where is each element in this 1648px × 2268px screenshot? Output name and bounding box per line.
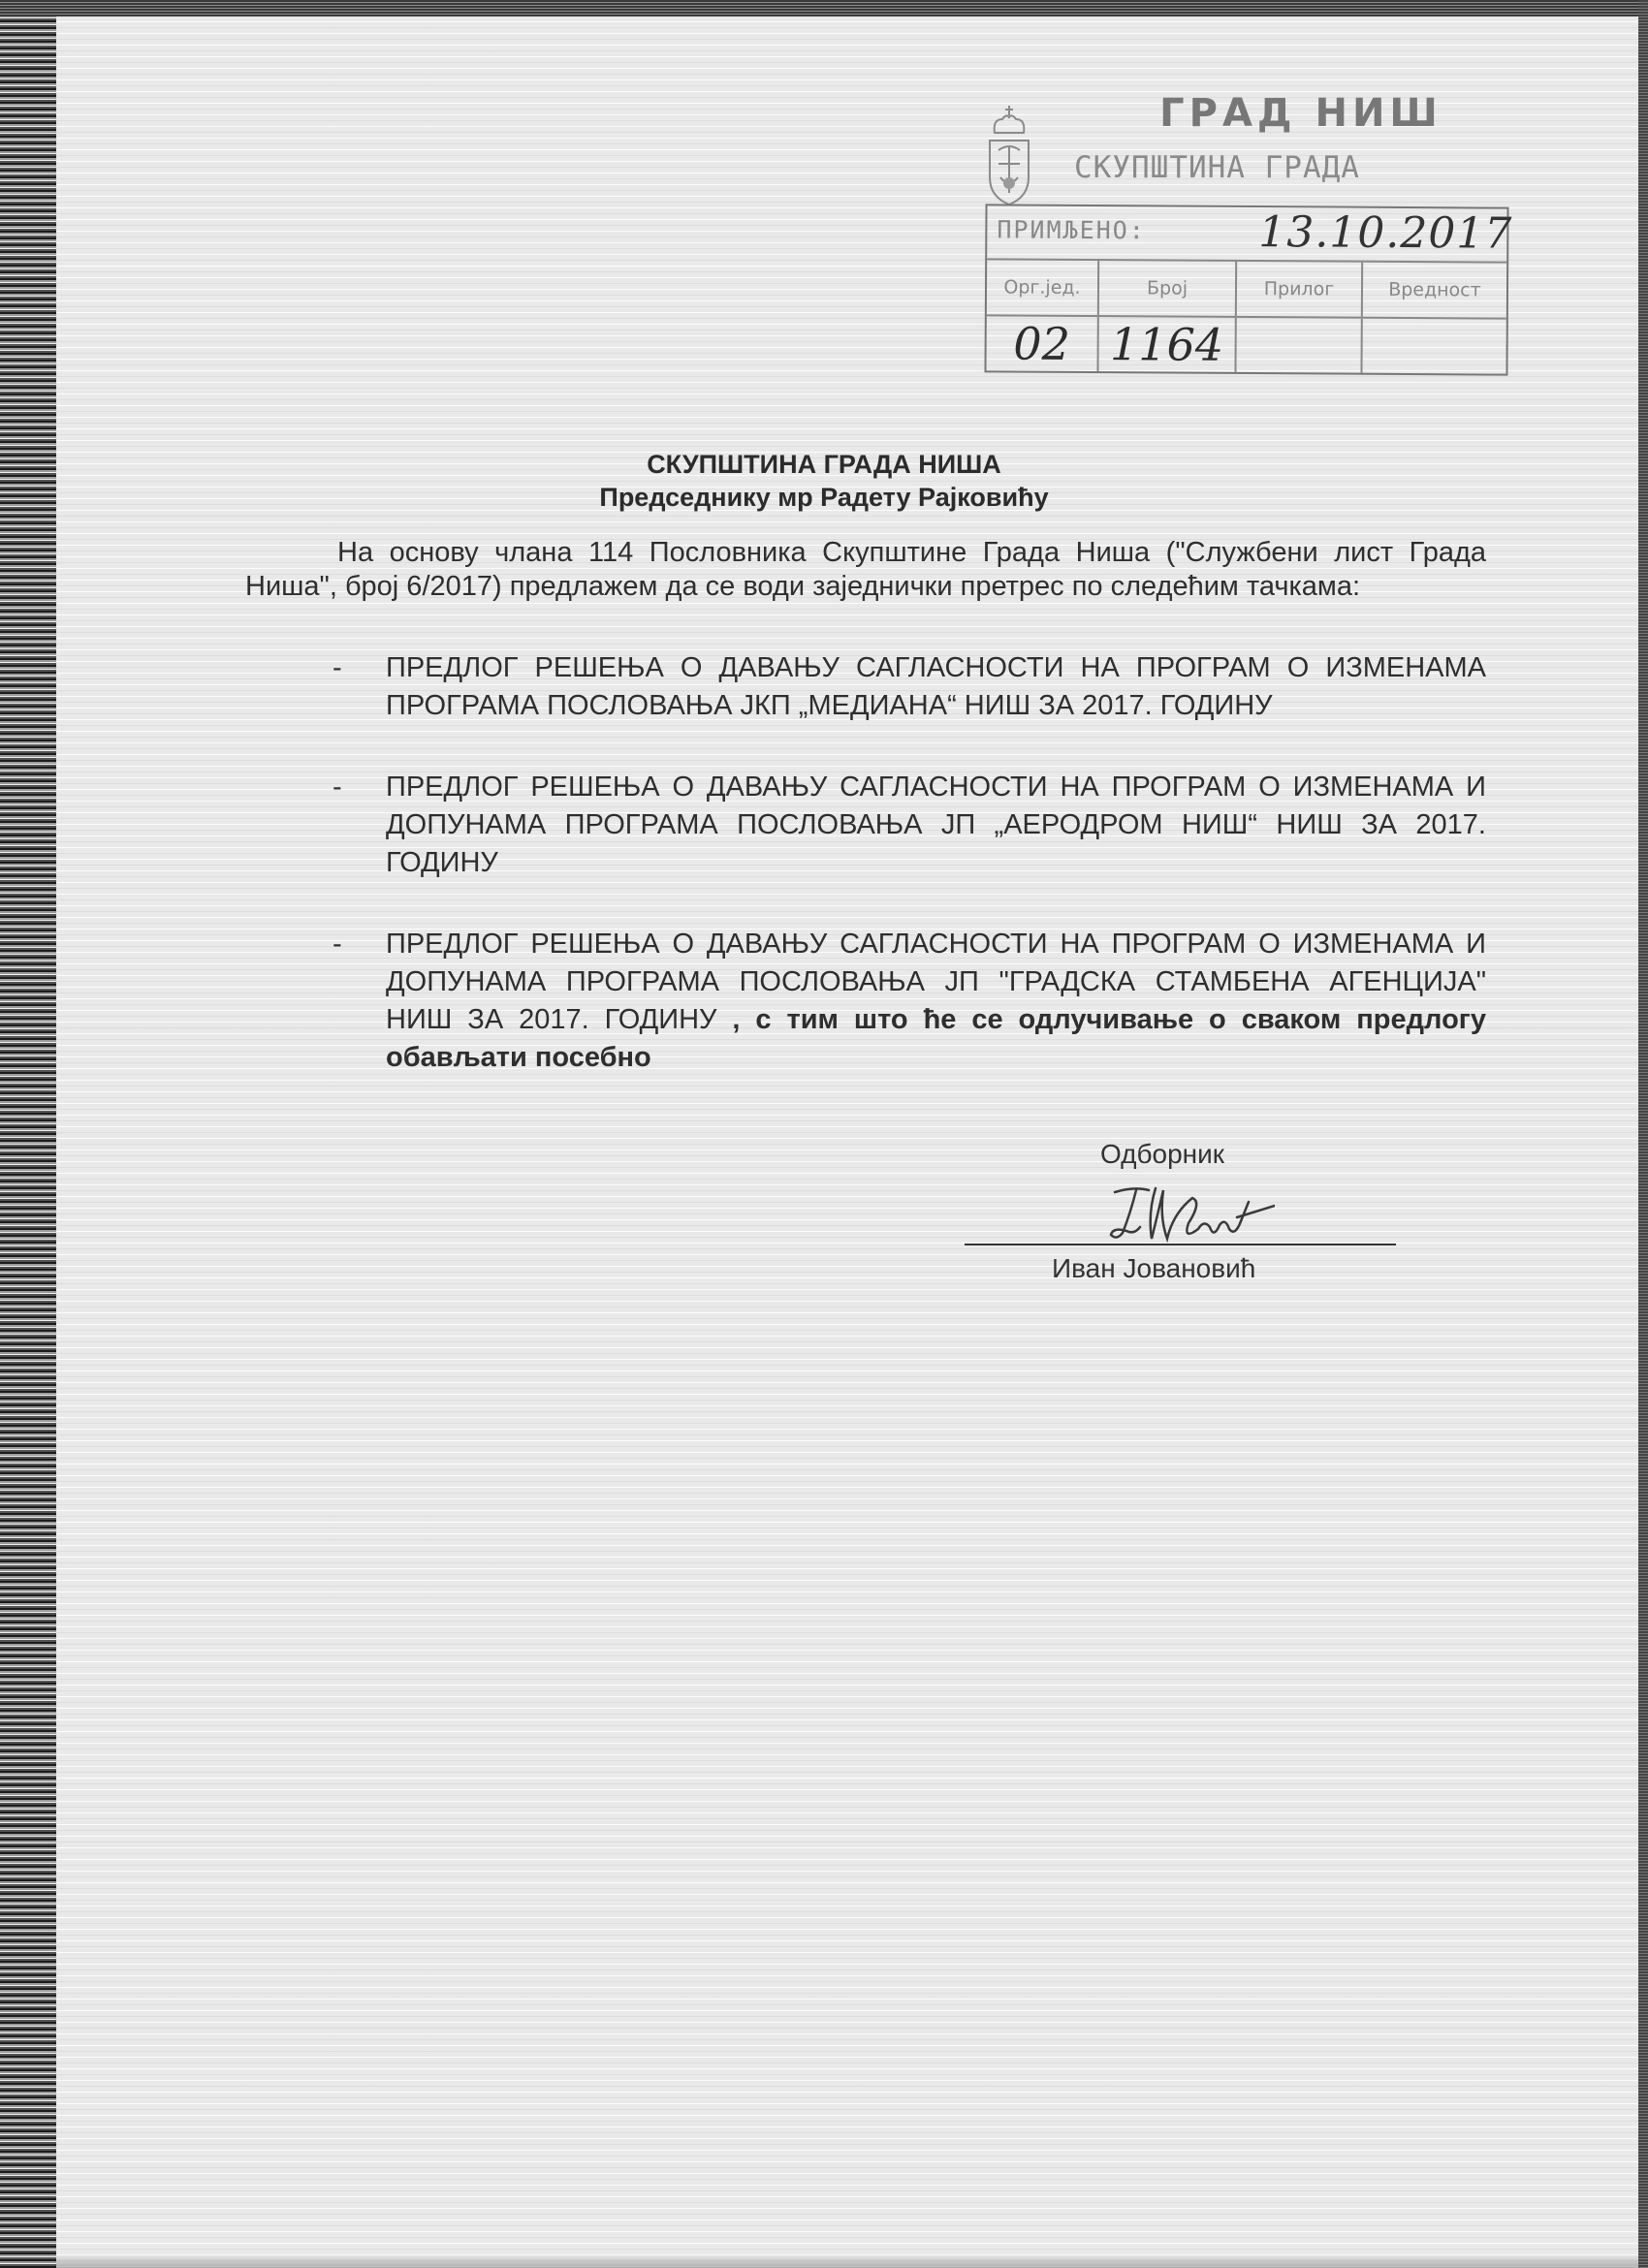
agenda-item-text: ПРЕДЛОГ РЕШЕЊА О ДАВАЊУ САГЛАСНОСТИ НА П…: [386, 652, 1486, 721]
agenda-item-text: ПРЕДЛОГ РЕШЕЊА О ДАВАЊУ САГЛАСНОСТИ НА П…: [386, 772, 1486, 878]
value-value: [1362, 319, 1505, 374]
col-attachment: Прилог: [1237, 262, 1363, 317]
agenda-item: - ПРЕДЛОГ РЕШЕЊА О ДАВАЊУ САГЛАСНОСТИ НА…: [333, 769, 1486, 882]
addressee: СКУПШТИНА ГРАДА НИША Председнику мр Раде…: [291, 448, 1357, 514]
serbian-coat-of-arms-icon: [987, 100, 1031, 208]
agenda-item: - ПРЕДЛОГ РЕШЕЊА О ДАВАЊУ САГЛАСНОСТИ НА…: [333, 926, 1486, 1077]
scanner-edge-top: [0, 0, 1648, 16]
addressee-person: Председнику мр Радету Рајковићу: [291, 481, 1357, 514]
signatory-name: Иван Јовановић: [1052, 1253, 1255, 1284]
stamp-city-name: ГРАД НИШ: [1131, 91, 1471, 136]
org-unit-value: 02: [986, 316, 1098, 371]
number-value: 1164: [1098, 317, 1236, 372]
signatory-title: Одборник: [1100, 1139, 1224, 1170]
col-number: Број: [1099, 261, 1237, 316]
handwritten-signature-icon: [1105, 1184, 1275, 1244]
registration-stamp: ПРИМЉЕНО: 13.10.2017 Орг.јед. Број Прило…: [984, 204, 1508, 375]
bullet: -: [333, 649, 386, 725]
registration-value-row: 02 1164: [986, 316, 1505, 373]
col-org-unit: Орг.јед.: [987, 260, 1099, 315]
agenda-items: - ПРЕДЛОГ РЕШЕЊА О ДАВАЊУ САГЛАСНОСТИ НА…: [333, 649, 1486, 1120]
intro-paragraph: На основу члана 114 Пословника Скупштине…: [245, 536, 1486, 604]
bullet: -: [333, 926, 386, 1077]
col-value: Вредност: [1363, 263, 1506, 318]
registration-header-row: Орг.јед. Број Прилог Вредност: [987, 260, 1506, 319]
signature-line: [965, 1244, 1396, 1245]
received-label: ПРИМЉЕНО:: [997, 215, 1146, 244]
attachment-value: [1236, 318, 1362, 373]
bullet: -: [333, 769, 386, 882]
addressee-institution: СКУПШТИНА ГРАДА НИША: [291, 448, 1357, 481]
scanner-edge-right: [1638, 0, 1648, 2268]
agenda-item: - ПРЕДЛОГ РЕШЕЊА О ДАВАЊУ САГЛАСНОСТИ НА…: [333, 649, 1486, 725]
received-date: 13.10.2017: [1258, 207, 1512, 259]
stamp-assembly-name: СКУПШТИНА ГРАДА: [1074, 150, 1481, 185]
